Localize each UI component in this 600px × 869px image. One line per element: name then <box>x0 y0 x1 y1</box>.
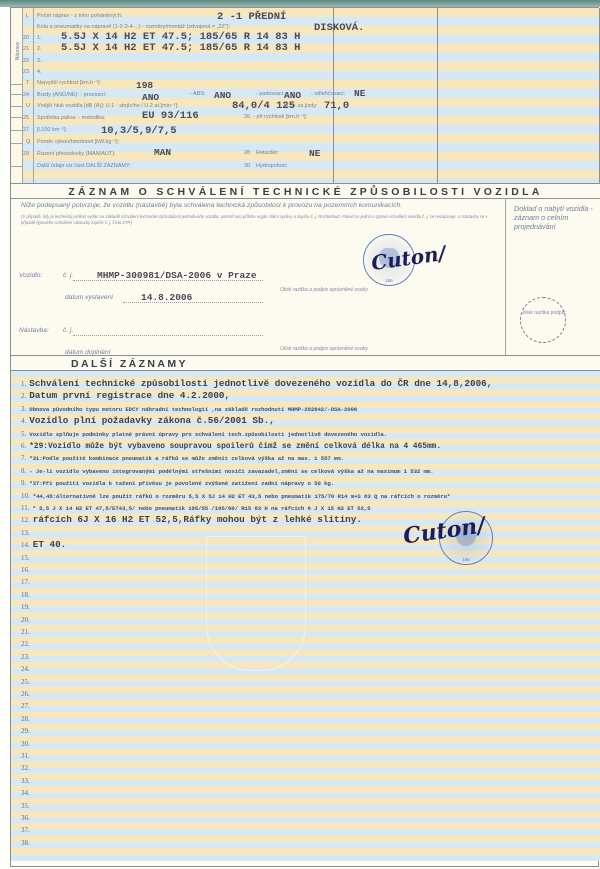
row-value: EU 93/116 <box>142 110 199 122</box>
row-label: [l.100 km⁻¹]: <box>37 127 67 133</box>
technical-row: 27[l.100 km⁻¹]:10,3/5,9/7,5 <box>34 126 600 137</box>
record-line: 12.ráfcích 6J X 16 H2 ET 52,5,Ráfky moho… <box>21 509 362 527</box>
row-label: Další údaje viz část DALŠÍ ZÁZNAMY: <box>37 163 131 169</box>
release-brake-label: - odlehčovací: <box>311 91 345 97</box>
body-label: Nástavba: <box>19 327 49 334</box>
issue-date: 14.8.2006 <box>141 292 192 303</box>
technical-row: 212.5.5J X 14 H2 ET 47.5; 185/65 R 14 83… <box>34 45 600 56</box>
stamp-caption-body: Otisk razítka a podpis oprávněné osoby <box>280 346 368 352</box>
row-value: 10,3/5,9/7,5 <box>101 125 177 137</box>
row-code: 22 <box>23 58 29 64</box>
row-code: 27 <box>23 127 29 133</box>
hydropohon-label: Hydropohon: <box>256 163 288 169</box>
row-code: U <box>26 103 30 109</box>
technical-row: TNejvyšší rychlost [km.h⁻¹]:198 <box>34 79 600 90</box>
row-code: Q <box>26 139 30 145</box>
row-code: L <box>26 13 29 19</box>
issue-date-label: datum vystavení <box>65 294 113 301</box>
row-label: Vnější hluk vozidla [dB (A)]: U.1 - stoj… <box>37 103 179 109</box>
row-value: 198 <box>136 80 153 91</box>
abs-value: ANO <box>214 90 231 101</box>
row-label: 1. <box>37 35 42 41</box>
row-label: Kola a pneumatiky na nápravě (1-2-3-4-..… <box>37 24 230 30</box>
vehicle-reference-number: MHMP-300981/DSA-2006 v Praze <box>97 270 257 281</box>
row-code: 24 <box>23 92 29 98</box>
row-value: MAN <box>154 147 171 158</box>
customs-stamp-placeholder: otisk razítka podpis <box>520 297 566 343</box>
coat-of-arms-watermark <box>206 536 306 671</box>
row-value: DISKOVÁ. <box>314 22 364 34</box>
row-label: 2. <box>37 46 42 52</box>
record-text: ráfcích 6J X 16 H2 ET 52,5,Ráfky mohou b… <box>33 514 362 525</box>
approval-section: ZÁZNAM O SCHVÁLENÍ TECHNICKÉ ZPŮSOBILOST… <box>11 183 600 355</box>
retarder-value: NE <box>309 148 320 159</box>
records-title: DALŠÍ ZÁZNAMY <box>71 358 188 370</box>
retarder-code: 28 <box>244 150 250 156</box>
technical-row: 234. <box>34 68 600 79</box>
approval-note: (V případě, kdy je technický průkaz vydá… <box>21 214 499 226</box>
row-label: Počet náprav - z toho poháněných: <box>37 13 122 19</box>
technical-data-table: Nápravy LPočet náprav - z toho poháněnýc… <box>11 8 600 183</box>
technical-rows: LPočet náprav - z toho poháněných:2 -1 P… <box>34 8 600 183</box>
axles-side-label: Nápravy <box>15 36 21 66</box>
row-label: Brzdy (ANO/NE): - provozní: <box>37 92 106 98</box>
vehicle-cj-label: č. j. <box>63 272 73 279</box>
row-code: 20 <box>23 35 29 41</box>
speed-26-label: 26. - při rychlosti [km.h⁻¹]: <box>244 114 307 120</box>
vehicle-label: Vozidlo: <box>19 272 42 279</box>
technical-row: 25Spotřeba paliva: - metodika:EU 93/116 <box>34 114 600 125</box>
row-value: 2 -1 PŘEDNÍ <box>217 11 286 23</box>
row-label: Spotřeba paliva: - metodika: <box>37 115 105 121</box>
hydropohon-code: 30 <box>244 163 250 169</box>
row-label: Řazení převodovky (MAN/AUT): <box>37 151 116 157</box>
axles-side-column: Nápravy <box>11 8 23 183</box>
row-code: 29 <box>23 151 29 157</box>
noise-u3-value: 71,0 <box>324 100 349 112</box>
parking-brake-value: ANO <box>284 90 301 101</box>
customs-note: Doklad o nabytí vozidla - záznam o celní… <box>514 204 594 231</box>
retarder-label: Retardér: <box>256 150 279 156</box>
technical-row: Další údaje viz část DALŠÍ ZÁZNAMY: <box>34 162 600 173</box>
record-line: 38. <box>21 832 33 850</box>
parking-brake-label: - parkovací: <box>256 91 285 97</box>
row-label: Poměr výkon/hmotnost [kW.kg⁻¹]: <box>37 139 119 145</box>
scan-top-edge <box>0 0 600 7</box>
additional-records-section: DALŠÍ ZÁZNAMY 1.Schválení technické způs… <box>11 355 600 868</box>
row-label: 3. <box>37 58 42 64</box>
row-label: Nejvyšší rychlost [km.h⁻¹]: <box>37 80 101 86</box>
approval-title: ZÁZNAM O SCHVÁLENÍ TECHNICKÉ ZPŮSOBILOST… <box>11 186 600 198</box>
abs-label: - ABS: <box>190 91 206 97</box>
row-code: 21 <box>23 46 29 52</box>
row-code: 23 <box>23 69 29 75</box>
stamp-caption-vehicle: Otisk razítka a podpis oprávněné osoby <box>280 287 368 293</box>
record-text: ET 40. <box>33 539 66 550</box>
row-code: T <box>26 80 29 86</box>
noise-u3-label: U.3 - za jízdy: <box>284 103 318 109</box>
row-value: 5.5J X 14 H2 ET 47.5; 185/65 R 14 83 H <box>61 42 300 54</box>
vehicle-document-page: Nápravy LPočet náprav - z toho poháněnýc… <box>10 7 599 867</box>
record-number: 38. <box>21 839 30 847</box>
body-cj-label: č. j. <box>63 327 73 334</box>
row-label: 4. <box>37 69 42 75</box>
release-brake-value: NE <box>354 88 365 99</box>
records-list: 1.Schválení technické způsobilosti jedno… <box>11 371 600 861</box>
technical-row: 223. <box>34 57 600 68</box>
row-code: 25 <box>23 115 29 121</box>
approval-intro: Níže podepsaný potvrzuje, že vozidlu (ná… <box>21 202 499 209</box>
